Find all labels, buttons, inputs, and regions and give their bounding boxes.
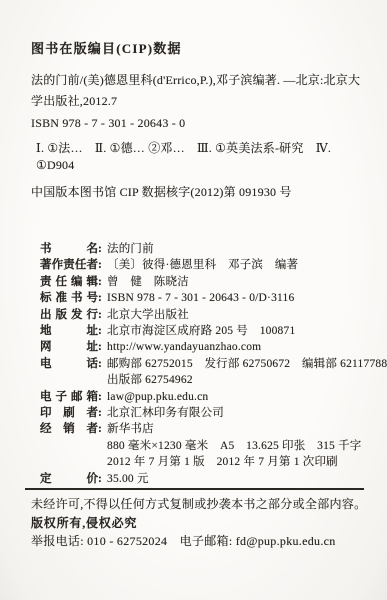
- field-colon: :: [98, 241, 107, 257]
- field-label: 网址: [40, 339, 98, 355]
- field-label: 著作责任者: [40, 257, 98, 273]
- website-url: http://www.yandayuanzhao.com: [107, 339, 261, 355]
- field-label: 书名: [40, 241, 98, 257]
- field-colon: :: [98, 274, 107, 290]
- field-colon: :: [98, 421, 107, 437]
- field-colon: :: [98, 323, 107, 339]
- field-label: 印刷者: [40, 405, 98, 421]
- field-value: ISBN 978 - 7 - 301 - 20643 - 0/D·3116: [107, 290, 294, 306]
- field-label: 地址: [40, 323, 98, 339]
- field-value: 北京大学出版社: [107, 307, 189, 323]
- field-value: 〔美〕彼得·德恩里科 邓子滨 编著: [107, 257, 298, 273]
- book-copyright-page: 图书在版编目(CIP)数据 法的门前/(美)德恩里科(d'Errico,P.),…: [0, 0, 387, 600]
- cip-classification: Ⅰ. ①法… Ⅱ. ①德… ②邓… Ⅲ. ①英美法系-研究 Ⅳ. ①D904: [36, 140, 363, 174]
- cip-record-number: 中国版本图书馆 CIP 数据核字(2012)第 091930 号: [31, 182, 363, 203]
- notice-report-contact: 举报电话: 010 - 62752024 电子邮箱: fd@pup.pku.ed…: [31, 532, 371, 551]
- field-value: 邮购部 62752015 发行部 62750672 编辑部 62117788: [107, 356, 387, 372]
- info-row-isbn: 标准书号:ISBN 978 - 7 - 301 - 20643 - 0/D·31…: [40, 290, 371, 306]
- info-row-price: 定价:35.00 元: [40, 471, 371, 487]
- field-colon: :: [98, 471, 107, 487]
- field-value: 北京汇林印务有限公司: [107, 405, 224, 421]
- info-row-website: 网址:http://www.yandayuanzhao.com: [40, 339, 371, 355]
- field-label: 责任编辑: [40, 274, 98, 290]
- info-row-title: 书名:法的门前: [40, 241, 371, 257]
- field-label: 标准书号: [40, 290, 98, 306]
- email-address: law@pup.pku.edu.cn: [107, 389, 208, 405]
- field-label: 经销者: [40, 421, 98, 437]
- divider-rule: [25, 488, 364, 490]
- copyright-notice: 未经许可,不得以任何方式复制或抄袭本书之部分或全部内容。 版权所有,侵权必究 举…: [31, 495, 371, 551]
- field-colon: :: [98, 389, 107, 405]
- field-label: 电话: [40, 356, 98, 372]
- field-value: 35.00 元: [107, 471, 149, 487]
- info-row-address: 地址:北京市海淀区成府路 205 号 100871: [40, 323, 371, 339]
- field-colon: :: [98, 339, 107, 355]
- publication-info: 书名:法的门前 著作责任者:〔美〕彼得·德恩里科 邓子滨 编著 责任编辑:曾 健…: [40, 241, 371, 487]
- field-colon: :: [98, 290, 107, 306]
- field-colon: :: [98, 405, 107, 421]
- info-row-distributor: 经销者:新华书店: [40, 421, 371, 437]
- field-colon: :: [98, 257, 107, 273]
- field-value: 出版部 62754962: [107, 372, 193, 388]
- field-label: 电子邮箱: [40, 389, 98, 405]
- info-row-editor: 责任编辑:曾 健 陈晓洁: [40, 274, 371, 290]
- cip-description: 法的门前/(美)德恩里科(d'Errico,P.),邓子滨编著. —北京:北京大…: [31, 70, 363, 112]
- info-row-authors: 著作责任者:〔美〕彼得·德恩里科 邓子滨 编著: [40, 257, 371, 273]
- field-value: 法的门前: [107, 241, 154, 257]
- field-value: 880 毫米×1230 毫米 A5 13.625 印张 315 千字: [107, 438, 361, 454]
- cip-header: 图书在版编目(CIP)数据: [31, 38, 363, 57]
- info-row-email: 电子邮箱:law@pup.pku.edu.cn: [40, 389, 371, 405]
- cip-isbn: ISBN 978 - 7 - 301 - 20643 - 0: [31, 113, 363, 134]
- field-colon: :: [98, 356, 107, 372]
- field-label: 出版发行: [40, 307, 98, 323]
- info-row-edition: 2012 年 7 月第 1 版 2012 年 7 月第 1 次印刷: [40, 454, 371, 470]
- notice-permission-line: 未经许可,不得以任何方式复制或抄袭本书之部分或全部内容。: [31, 495, 371, 514]
- field-label: 定价: [40, 471, 98, 487]
- field-colon: :: [98, 307, 107, 323]
- field-value: 2012 年 7 月第 1 版 2012 年 7 月第 1 次印刷: [107, 454, 338, 470]
- field-value: 曾 健 陈晓洁: [107, 274, 189, 290]
- notice-rights-line: 版权所有,侵权必究: [31, 514, 371, 533]
- info-row-phone-continuation: 出版部 62754962: [40, 372, 371, 388]
- info-row-printer: 印刷者:北京汇林印务有限公司: [40, 405, 371, 421]
- cip-block: 图书在版编目(CIP)数据 法的门前/(美)德恩里科(d'Errico,P.),…: [31, 38, 363, 203]
- info-row-publisher: 出版发行:北京大学出版社: [40, 307, 371, 323]
- field-value: 新华书店: [107, 421, 154, 437]
- info-row-format: 880 毫米×1230 毫米 A5 13.625 印张 315 千字: [40, 438, 371, 454]
- info-row-phone: 电话:邮购部 62752015 发行部 62750672 编辑部 6211778…: [40, 356, 371, 372]
- field-value: 北京市海淀区成府路 205 号 100871: [107, 323, 295, 339]
